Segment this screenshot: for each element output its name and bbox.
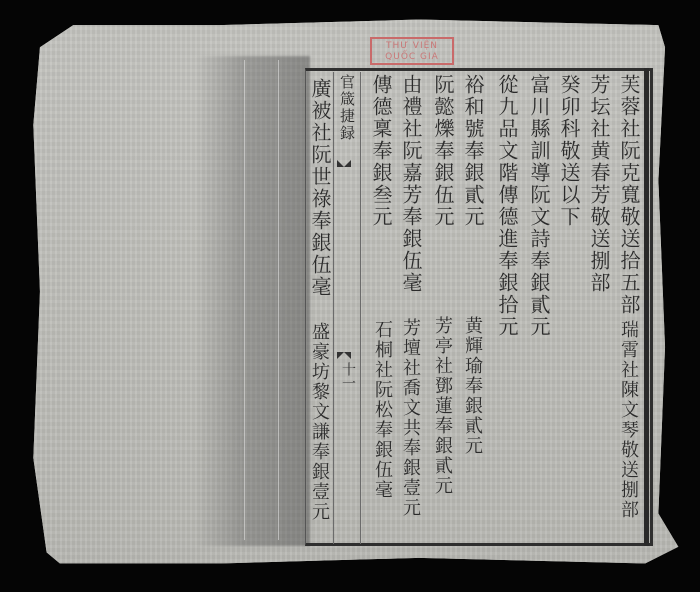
text-column-2: 芳坛社黄春芳敬送捌部: [588, 74, 610, 294]
fish-tail-lower-icon: [337, 352, 351, 359]
text-column-9-bottom: 石桐社阮松奉銀伍毫: [372, 320, 393, 500]
library-stamp: THƯ VIỆN QUỐC GIA: [370, 37, 454, 65]
stamp-line-2: QUỐC GIA: [372, 52, 452, 63]
text-column-9-top: 傳德稟奉銀叁元: [370, 74, 392, 228]
text-column-5: 從九品文階傳德進奉銀拾元: [496, 74, 518, 338]
text-column-8-bottom: 芳壇社喬文共奉銀壹元: [400, 318, 421, 518]
paper-crease: [244, 60, 245, 540]
text-column-6-top: 裕和號奉銀貳元: [462, 74, 484, 228]
text-column-10-top: 廣被社阮世祿奉銀伍毫: [309, 78, 331, 298]
text-column-10-bottom: 盛豪坊黎文謙奉銀壹元: [309, 322, 330, 522]
text-column-7-bottom: 芳亭社鄧蓮奉銀貳元: [432, 316, 453, 496]
text-column-7-top: 阮懿爍奉銀伍元: [432, 74, 454, 228]
text-column-1-top: 芙蓉社阮克寬敬送拾五部: [618, 74, 640, 316]
frame-right-border: [644, 68, 649, 546]
bleed-through-shadow: [195, 56, 310, 546]
column-rule: [333, 72, 334, 544]
text-column-1-bottom: 瑞霄社陳文琴敬送捌部: [618, 320, 639, 520]
page-number: 十一: [338, 362, 358, 390]
text-column-3: 癸卯科敬送以下: [558, 74, 580, 228]
text-column-4: 富川縣訓導阮文詩奉銀貳元: [528, 74, 550, 338]
text-column-8-top: 由禮社阮嘉芳奉銀伍毫: [400, 74, 422, 294]
stamp-line-1: THƯ VIỆN: [372, 41, 452, 52]
paper-crease: [278, 60, 279, 540]
column-rule: [360, 72, 361, 544]
fish-tail-upper-icon: [337, 160, 351, 167]
margin-title: 官箴捷録: [338, 74, 355, 142]
text-column-6-bottom: 黄輝瑜奉銀貳元: [462, 316, 483, 456]
